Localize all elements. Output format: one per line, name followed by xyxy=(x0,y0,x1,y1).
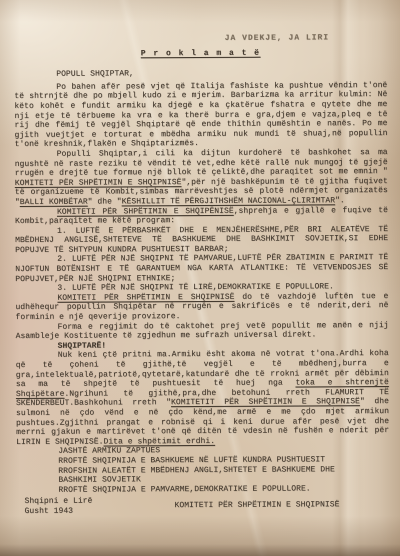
closing-left: Shqipni e Lirë Gusht 1943 xyxy=(24,496,174,516)
program-item-2-text: 2. LUFTË PËR NJË SHQIPNI TË PAMVARUE,LUF… xyxy=(15,253,388,283)
paragraph-call-to-arms: Nuk keni çtë pritni ma.Armiku ësht akoma… xyxy=(16,349,389,447)
slogans-block: JASHTË ARMIKU ZAPTUES RROFTË SHQIPNIJA E… xyxy=(58,446,358,496)
program-intro: KOMITETI PËR SHPËTIMIN E SHQIPËNISË,shpr… xyxy=(15,206,388,227)
program-item-1: 1. LUFTË E PËRBASHKËT DHE E MENJËHERËSHM… xyxy=(15,225,388,256)
closing-block: Shqipni e Lirë Gusht 1943 KOMITETI PËR S… xyxy=(16,495,389,516)
scanned-document-page: JA VDEKJE, JA LIRI P r o k l a m a t ë P… xyxy=(0,0,400,556)
paragraph-intro: Po bahen afër pesë vjet që Italija fashi… xyxy=(14,81,387,150)
paragraph-intro-text: Po bahen afër pesë vjet që Italija fashi… xyxy=(14,81,387,150)
committee-name: KOMITETI PËR SHPËTIMIN E SHQIPËNISË xyxy=(57,206,234,216)
program-item-1-text: 1. LUFTË E PËRBASHKËT DHE E MENJËHERËSHM… xyxy=(15,225,388,255)
document-content: JA VDEKJE, JA LIRI P r o k l a m a t ë P… xyxy=(0,0,400,556)
paragraph-unity-text-4: ". xyxy=(335,196,345,205)
paragraph-regime: Forma e regjimit do të caktohet prej vet… xyxy=(16,321,389,342)
program-item-2: 2. LUFTË PËR NJË SHQIPNI TË PAMVARUE,LUF… xyxy=(15,253,388,284)
keshilli-name: KËSHILLIT TË PËRGJITHSHËM NACIONAL-ÇLIRI… xyxy=(122,196,335,206)
document-title: P r o k l a m a t ë xyxy=(14,48,387,60)
salvation-day-phrase: Dita e shpëtimit erdhi. xyxy=(103,437,215,447)
closing-signature: KOMITETI PËR SHPËTIMIN E SHQIPNISË xyxy=(174,501,339,511)
committee-name: KOMITETIT PËR SHPËTIMIN E SHQIPNISË xyxy=(171,398,360,408)
paragraph-unity-text-1: Populli Shqiptar,i cili ka dijtun kurdoh… xyxy=(15,148,388,178)
paragraph-unity-text-3: " dhe " xyxy=(88,197,122,206)
motto-text: JA VDEKJE, JA LIRI xyxy=(14,33,387,45)
committee-name: KOMITETI PËR SHPËTIMIN E SHQIPNISË xyxy=(57,293,234,303)
paragraph-regime-text: Forma e regjimit do të caktohet prej vet… xyxy=(16,321,389,342)
slogan-line-3: RROFSHIN ALEATËT E MBËDHENJ ANGLI,SHTETE… xyxy=(58,465,358,486)
balli-kombetar-name: BALLI KOMBËTAR xyxy=(20,197,88,206)
closing-date: Gusht 1943 xyxy=(24,506,174,516)
paragraph-continuation: KOMITETI PËR SHPËTIMIN E SHQIPNISË do të… xyxy=(15,292,388,323)
slogan-line-4: RROFTË SHQIPNIJA E PAMVARME,DEMOKRATIKE … xyxy=(58,484,358,495)
committee-name: KOMITETI PËR SHPËTIMIN E SHQIPNISË xyxy=(15,178,182,188)
paragraph-unity: Populli Shqiptar,i cili ka dijtun kurdoh… xyxy=(15,148,388,208)
salutation: POPULL SHQIPTAR, xyxy=(56,68,387,79)
